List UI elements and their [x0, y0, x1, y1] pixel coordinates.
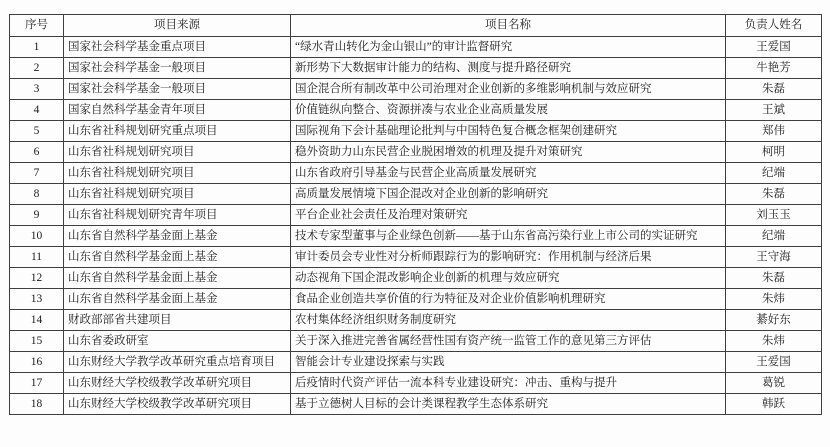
- table-row: 10山东省自然科学基金面上基金技术专家型董事与企业绿色创新——基于山东省高污染行…: [10, 226, 822, 247]
- cell-title: 智能会计专业建设探索与实践: [291, 352, 726, 373]
- cell-leader: 朱磊: [726, 79, 822, 100]
- cell-leader: 王守海: [726, 247, 822, 268]
- cell-leader: 綦好东: [726, 310, 822, 331]
- cell-index: 1: [10, 37, 64, 58]
- cell-source: 山东省自然科学基金面上基金: [64, 268, 291, 289]
- cell-index: 10: [10, 226, 64, 247]
- table-row: 9山东省社科规划研究青年项目平台企业社会责任及治理对策研究刘玉玉: [10, 205, 822, 226]
- table-row: 2国家社会科学基金一般项目新形势下大数据审计能力的结构、测度与提升路径研究牛艳芳: [10, 58, 822, 79]
- column-header-source: 项目来源: [64, 15, 291, 37]
- table-row: 1国家社会科学基金重点项目“绿水青山转化为金山银山”的审计监督研究王爱国: [10, 37, 822, 58]
- cell-title: 技术专家型董事与企业绿色创新——基于山东省高污染行业上市公司的实证研究: [291, 226, 726, 247]
- cell-source: 财政部部省共建项目: [64, 310, 291, 331]
- column-header-index: 序号: [10, 15, 64, 37]
- table-row: 12山东省自然科学基金面上基金动态视角下国企混改影响企业创新的机理与效应研究朱磊: [10, 268, 822, 289]
- cell-title: 高质量发展情境下国企混改对企业创新的影响研究: [291, 184, 726, 205]
- cell-source: 山东财经大学校级教学改革研究项目: [64, 373, 291, 394]
- cell-title: 稳外资助力山东民营企业脱困增效的机理及提升对策研究: [291, 142, 726, 163]
- cell-leader: 朱炜: [726, 331, 822, 352]
- cell-leader: 牛艳芳: [726, 58, 822, 79]
- projects-table: 序号 项目来源 项目名称 负责人姓名 1国家社会科学基金重点项目“绿水青山转化为…: [9, 14, 822, 415]
- cell-source: 山东省自然科学基金面上基金: [64, 247, 291, 268]
- table-body: 1国家社会科学基金重点项目“绿水青山转化为金山银山”的审计监督研究王爱国2国家社…: [10, 37, 822, 415]
- cell-index: 11: [10, 247, 64, 268]
- header-row: 序号 项目来源 项目名称 负责人姓名: [10, 15, 822, 37]
- cell-leader: 朱炜: [726, 289, 822, 310]
- cell-leader: 柯明: [726, 142, 822, 163]
- cell-index: 2: [10, 58, 64, 79]
- cell-index: 14: [10, 310, 64, 331]
- cell-source: 山东财经大学教学改革研究重点培育项目: [64, 352, 291, 373]
- cell-index: 3: [10, 79, 64, 100]
- cell-index: 6: [10, 142, 64, 163]
- cell-source: 山东省社科规划研究重点项目: [64, 121, 291, 142]
- cell-leader: 王斌: [726, 100, 822, 121]
- cell-title: 价值链纵向整合、资源拼凑与农业企业高质量发展: [291, 100, 726, 121]
- cell-leader: 葛锐: [726, 373, 822, 394]
- cell-leader: 朱磊: [726, 268, 822, 289]
- column-header-leader: 负责人姓名: [726, 15, 822, 37]
- table-row: 4国家自然科学基金青年项目价值链纵向整合、资源拼凑与农业企业高质量发展王斌: [10, 100, 822, 121]
- cell-title: 国际视角下会计基础理论批判与中国特色复合概念框架创建研究: [291, 121, 726, 142]
- cell-index: 8: [10, 184, 64, 205]
- cell-title: 食品企业创造共享价值的行为特征及对企业价值影响机理研究: [291, 289, 726, 310]
- cell-source: 山东省委政研室: [64, 331, 291, 352]
- table-row: 11山东省自然科学基金面上基金审计委员会专业性对分析师跟踪行为的影响研究：作用机…: [10, 247, 822, 268]
- cell-title: 山东省政府引导基金与民营企业高质量发展研究: [291, 163, 726, 184]
- column-header-title: 项目名称: [291, 15, 726, 37]
- cell-title: 关于深入推进完善省属经营性国有资产统一监管工作的意见第三方评估: [291, 331, 726, 352]
- cell-source: 国家社会科学基金一般项目: [64, 79, 291, 100]
- cell-title: 后疫情时代资产评估一流本科专业建设研究：冲击、重构与提升: [291, 373, 726, 394]
- table-row: 5山东省社科规划研究重点项目国际视角下会计基础理论批判与中国特色复合概念框架创建…: [10, 121, 822, 142]
- cell-source: 国家社会科学基金重点项目: [64, 37, 291, 58]
- cell-leader: 纪端: [726, 163, 822, 184]
- cell-source: 国家社会科学基金一般项目: [64, 58, 291, 79]
- cell-index: 4: [10, 100, 64, 121]
- cell-title: “绿水青山转化为金山银山”的审计监督研究: [291, 37, 726, 58]
- table-row: 6山东省社科规划研究项目稳外资助力山东民营企业脱困增效的机理及提升对策研究柯明: [10, 142, 822, 163]
- cell-title: 审计委员会专业性对分析师跟踪行为的影响研究：作用机制与经济后果: [291, 247, 726, 268]
- document-page: 序号 项目来源 项目名称 负责人姓名 1国家社会科学基金重点项目“绿水青山转化为…: [0, 0, 830, 447]
- cell-title: 新形势下大数据审计能力的结构、测度与提升路径研究: [291, 58, 726, 79]
- table-row: 3国家社会科学基金一般项目国企混合所有制改革中公司治理对企业创新的多维影响机制与…: [10, 79, 822, 100]
- table-row: 16山东财经大学教学改革研究重点培育项目智能会计专业建设探索与实践王爱国: [10, 352, 822, 373]
- cell-index: 5: [10, 121, 64, 142]
- cell-index: 16: [10, 352, 64, 373]
- cell-index: 17: [10, 373, 64, 394]
- cell-source: 山东省自然科学基金面上基金: [64, 289, 291, 310]
- cell-title: 动态视角下国企混改影响企业创新的机理与效应研究: [291, 268, 726, 289]
- cell-source: 山东省自然科学基金面上基金: [64, 226, 291, 247]
- table-row: 8山东省社科规划研究项目高质量发展情境下国企混改对企业创新的影响研究朱磊: [10, 184, 822, 205]
- cell-source: 山东省社科规划研究青年项目: [64, 205, 291, 226]
- cell-leader: 王爱国: [726, 352, 822, 373]
- projects-table-container: 序号 项目来源 项目名称 负责人姓名 1国家社会科学基金重点项目“绿水青山转化为…: [9, 14, 822, 415]
- cell-source: 山东财经大学校级教学改革研究项目: [64, 394, 291, 415]
- cell-title: 基于立德树人目标的会计类课程教学生态体系研究: [291, 394, 726, 415]
- cell-leader: 纪端: [726, 226, 822, 247]
- cell-source: 国家自然科学基金青年项目: [64, 100, 291, 121]
- cell-title: 国企混合所有制改革中公司治理对企业创新的多维影响机制与效应研究: [291, 79, 726, 100]
- cell-index: 12: [10, 268, 64, 289]
- table-row: 18山东财经大学校级教学改革研究项目基于立德树人目标的会计类课程教学生态体系研究…: [10, 394, 822, 415]
- cell-source: 山东省社科规划研究项目: [64, 142, 291, 163]
- cell-leader: 王爱国: [726, 37, 822, 58]
- table-row: 17山东财经大学校级教学改革研究项目后疫情时代资产评估一流本科专业建设研究：冲击…: [10, 373, 822, 394]
- cell-title: 农村集体经济组织财务制度研究: [291, 310, 726, 331]
- cell-index: 9: [10, 205, 64, 226]
- cell-leader: 刘玉玉: [726, 205, 822, 226]
- table-row: 7山东省社科规划研究项目山东省政府引导基金与民营企业高质量发展研究纪端: [10, 163, 822, 184]
- table-row: 15山东省委政研室关于深入推进完善省属经营性国有资产统一监管工作的意见第三方评估…: [10, 331, 822, 352]
- cell-leader: 朱磊: [726, 184, 822, 205]
- cell-index: 13: [10, 289, 64, 310]
- cell-index: 7: [10, 163, 64, 184]
- cell-source: 山东省社科规划研究项目: [64, 163, 291, 184]
- table-header: 序号 项目来源 项目名称 负责人姓名: [10, 15, 822, 37]
- cell-title: 平台企业社会责任及治理对策研究: [291, 205, 726, 226]
- cell-leader: 郑伟: [726, 121, 822, 142]
- cell-index: 18: [10, 394, 64, 415]
- table-row: 14财政部部省共建项目农村集体经济组织财务制度研究綦好东: [10, 310, 822, 331]
- cell-source: 山东省社科规划研究项目: [64, 184, 291, 205]
- table-row: 13山东省自然科学基金面上基金食品企业创造共享价值的行为特征及对企业价值影响机理…: [10, 289, 822, 310]
- cell-index: 15: [10, 331, 64, 352]
- cell-leader: 韩跃: [726, 394, 822, 415]
